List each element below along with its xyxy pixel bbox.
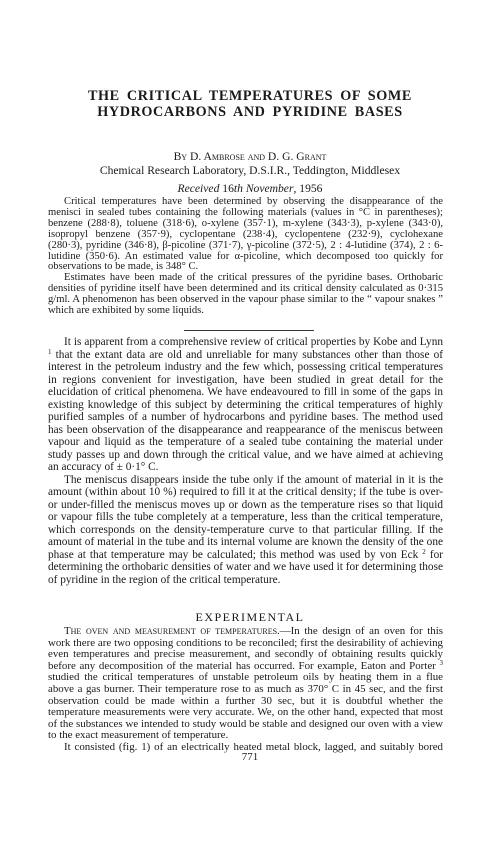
title-line-1: THE CRITICAL TEMPERATURES OF SOME [0, 89, 500, 105]
received-day: 16th [222, 182, 243, 195]
introduction: It is apparent from a comprehensive revi… [48, 336, 443, 586]
experimental-section: The oven and measurement of temperatures… [48, 626, 443, 754]
abstract-paragraph-2: Estimates have been made of the critical… [48, 273, 443, 317]
intro-p1-text-a: It is apparent from a comprehensive revi… [64, 336, 443, 348]
byline-by: By [174, 150, 188, 163]
exp-p1-text-b: studied the critical temperatures of uns… [48, 671, 443, 741]
title-line-2: HYDROCARBONS AND PYRIDINE BASES [0, 105, 500, 121]
received-year: , 1956 [293, 182, 322, 195]
experimental-paragraph-1: The oven and measurement of temperatures… [48, 626, 443, 742]
journal-page: THE CRITICAL TEMPERATURES OF SOME HYDROC… [0, 0, 500, 841]
abstract: Critical temperatures have been determin… [48, 197, 443, 317]
intro-paragraph-2: The meniscus disappears inside the tube … [48, 474, 443, 587]
byline: By D. Ambrose and D. G. Grant [0, 150, 500, 164]
authors: D. Ambrose and D. G. Grant [190, 150, 326, 163]
affiliation: Chemical Research Laboratory, D.S.I.R., … [0, 164, 500, 178]
section-heading-experimental: EXPERIMENTAL [0, 610, 500, 624]
subsection-heading: The oven and measurement of temperatures… [64, 625, 280, 637]
reference-3: 3 [440, 659, 444, 667]
abstract-paragraph-1: Critical temperatures have been determin… [48, 197, 443, 273]
article-title: THE CRITICAL TEMPERATURES OF SOME HYDROC… [0, 89, 500, 120]
reference-2: 2 [422, 548, 426, 556]
page-number: 771 [0, 751, 500, 763]
reference-1: 1 [48, 348, 52, 356]
intro-p1-text-b: that the extant data are old and unrelia… [48, 349, 443, 474]
section-divider [184, 330, 314, 331]
intro-paragraph-1: It is apparent from a comprehensive revi… [48, 336, 443, 474]
intro-p2-text-a: The meniscus disappears inside the tube … [48, 474, 443, 561]
received-date: Received 16th November, 1956 [0, 182, 500, 196]
received-label: Received [178, 182, 220, 195]
received-month: November [246, 182, 294, 195]
